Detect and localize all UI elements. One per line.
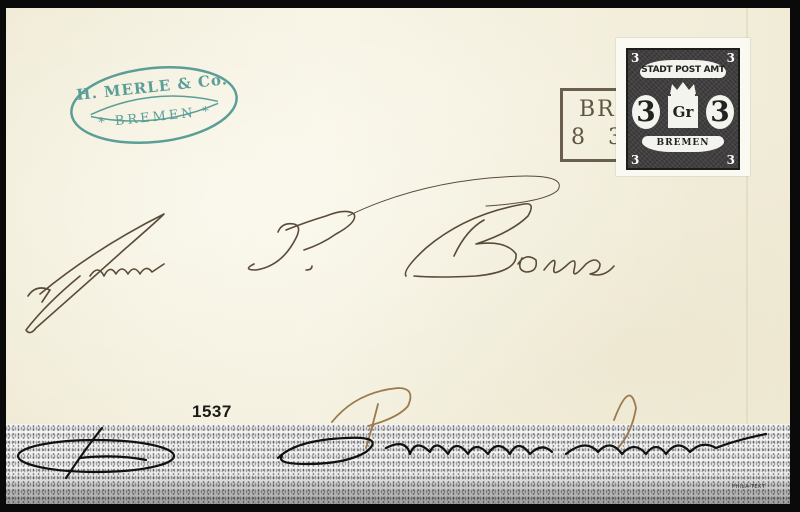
postal-cover: H. MERLE & Co. * BREMEN * BR 8 3 3 3 3 3… xyxy=(6,8,790,504)
handwritten-address xyxy=(6,8,790,504)
auction-lot-number: 1537 xyxy=(192,402,232,422)
photocopy-imprint: PHILA-TEXT xyxy=(732,484,765,490)
